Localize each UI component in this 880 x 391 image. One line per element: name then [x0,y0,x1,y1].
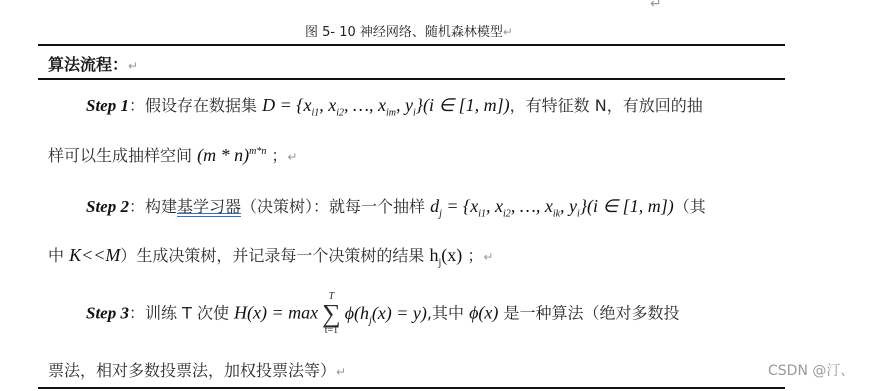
step1-formula: D = {xi1, xi2, …, xim, yi}(i ∈ [1, m]) [262,95,510,115]
step2-text: 构建 [145,197,177,216]
step2-result: hj(x) [429,245,462,265]
step1-text: ，有特征数 N，有放回的抽 [510,96,703,115]
step1-line2: 样可以生成抽样空间 (m * n)m*n ；↵ [48,143,297,166]
step2-line1: Step 2：构建基学习器（决策树）：就每一个抽样 dj = {xi1, xi2… [86,194,706,220]
paragraph-return-mark: ↵ [287,150,297,164]
step2-line2: 中 K<<M）生成决策树，并记录每一个决策树的结果 hj(x) ；↵ [48,243,493,269]
figure-caption: 图 5- 10 神经网络、随机森林模型↵ [305,21,513,40]
paragraph-return-mark: ↵ [128,59,138,73]
step3-line1: Step 3：训练 T 次使 H(x) = maxT∑t=1ϕ(hj(x) = … [86,292,680,336]
paragraph-return-mark: ↵ [650,0,662,12]
step1-separator: ： [129,96,145,115]
step1-text: 假设存在数据集 [145,96,262,115]
watermark: CSDN @汀、 [768,360,854,380]
step3-text: ,其中 [427,304,469,323]
step2-label: Step 2 [86,197,129,216]
spellcheck-underlined-term[interactable]: 基学习器 [177,197,241,216]
paragraph-return-mark: ↵ [483,250,493,264]
figure-caption-text: 图 5- 10 神经网络、随机森林模型 [305,25,503,40]
step2-text: 中 [48,246,69,265]
step3-text: 训练 T 次使 [145,304,234,323]
step3-formula: ϕ(hj(x) = y) [345,303,427,323]
paragraph-return-mark: ↵ [336,365,346,379]
step3-line2: 票法，相对多数投票法，加权投票法等）↵ [48,358,346,381]
step2-text: （其 [674,197,706,216]
section-heading: 算法流程：↵ [48,52,138,75]
section-heading-text: 算法流程： [48,55,128,74]
step3-text: 票法，相对多数投票法，加权投票法等） [48,361,336,380]
step3-formula: ϕ(x) [469,303,498,323]
heading-bottom-rule [38,78,785,80]
step1-formula: (m * n)m*n [197,145,266,165]
step2-text: （决策树）：就每一个抽样 [241,197,430,216]
step2-formula: K<<M [69,245,120,265]
step2-text: ）生成决策树，并记录每一个决策树的结果 [120,246,429,265]
table-bottom-rule [38,387,785,389]
step2-text: ； [462,246,483,265]
paragraph-return-mark: ↵ [503,25,513,39]
step3-text: 是一种算法（绝对多数投 [498,304,679,323]
step1-line1: Step 1：假设存在数据集 D = {xi1, xi2, …, xim, yi… [86,93,703,119]
step1-label: Step 1 [86,96,129,115]
step3-separator: ： [129,304,145,323]
step3-label: Step 3 [86,304,129,323]
step2-formula: dj = {xi1, xi2, …, xik, yi}(i ∈ [1, m]) [430,196,674,216]
step3-formula: H(x) = max [234,303,318,323]
table-top-rule [38,44,785,46]
step1-text: 样可以生成抽样空间 [48,146,197,165]
summation-symbol: T∑t=1 [322,292,341,336]
step1-text: ； [266,146,287,165]
step2-separator: ： [129,197,145,216]
